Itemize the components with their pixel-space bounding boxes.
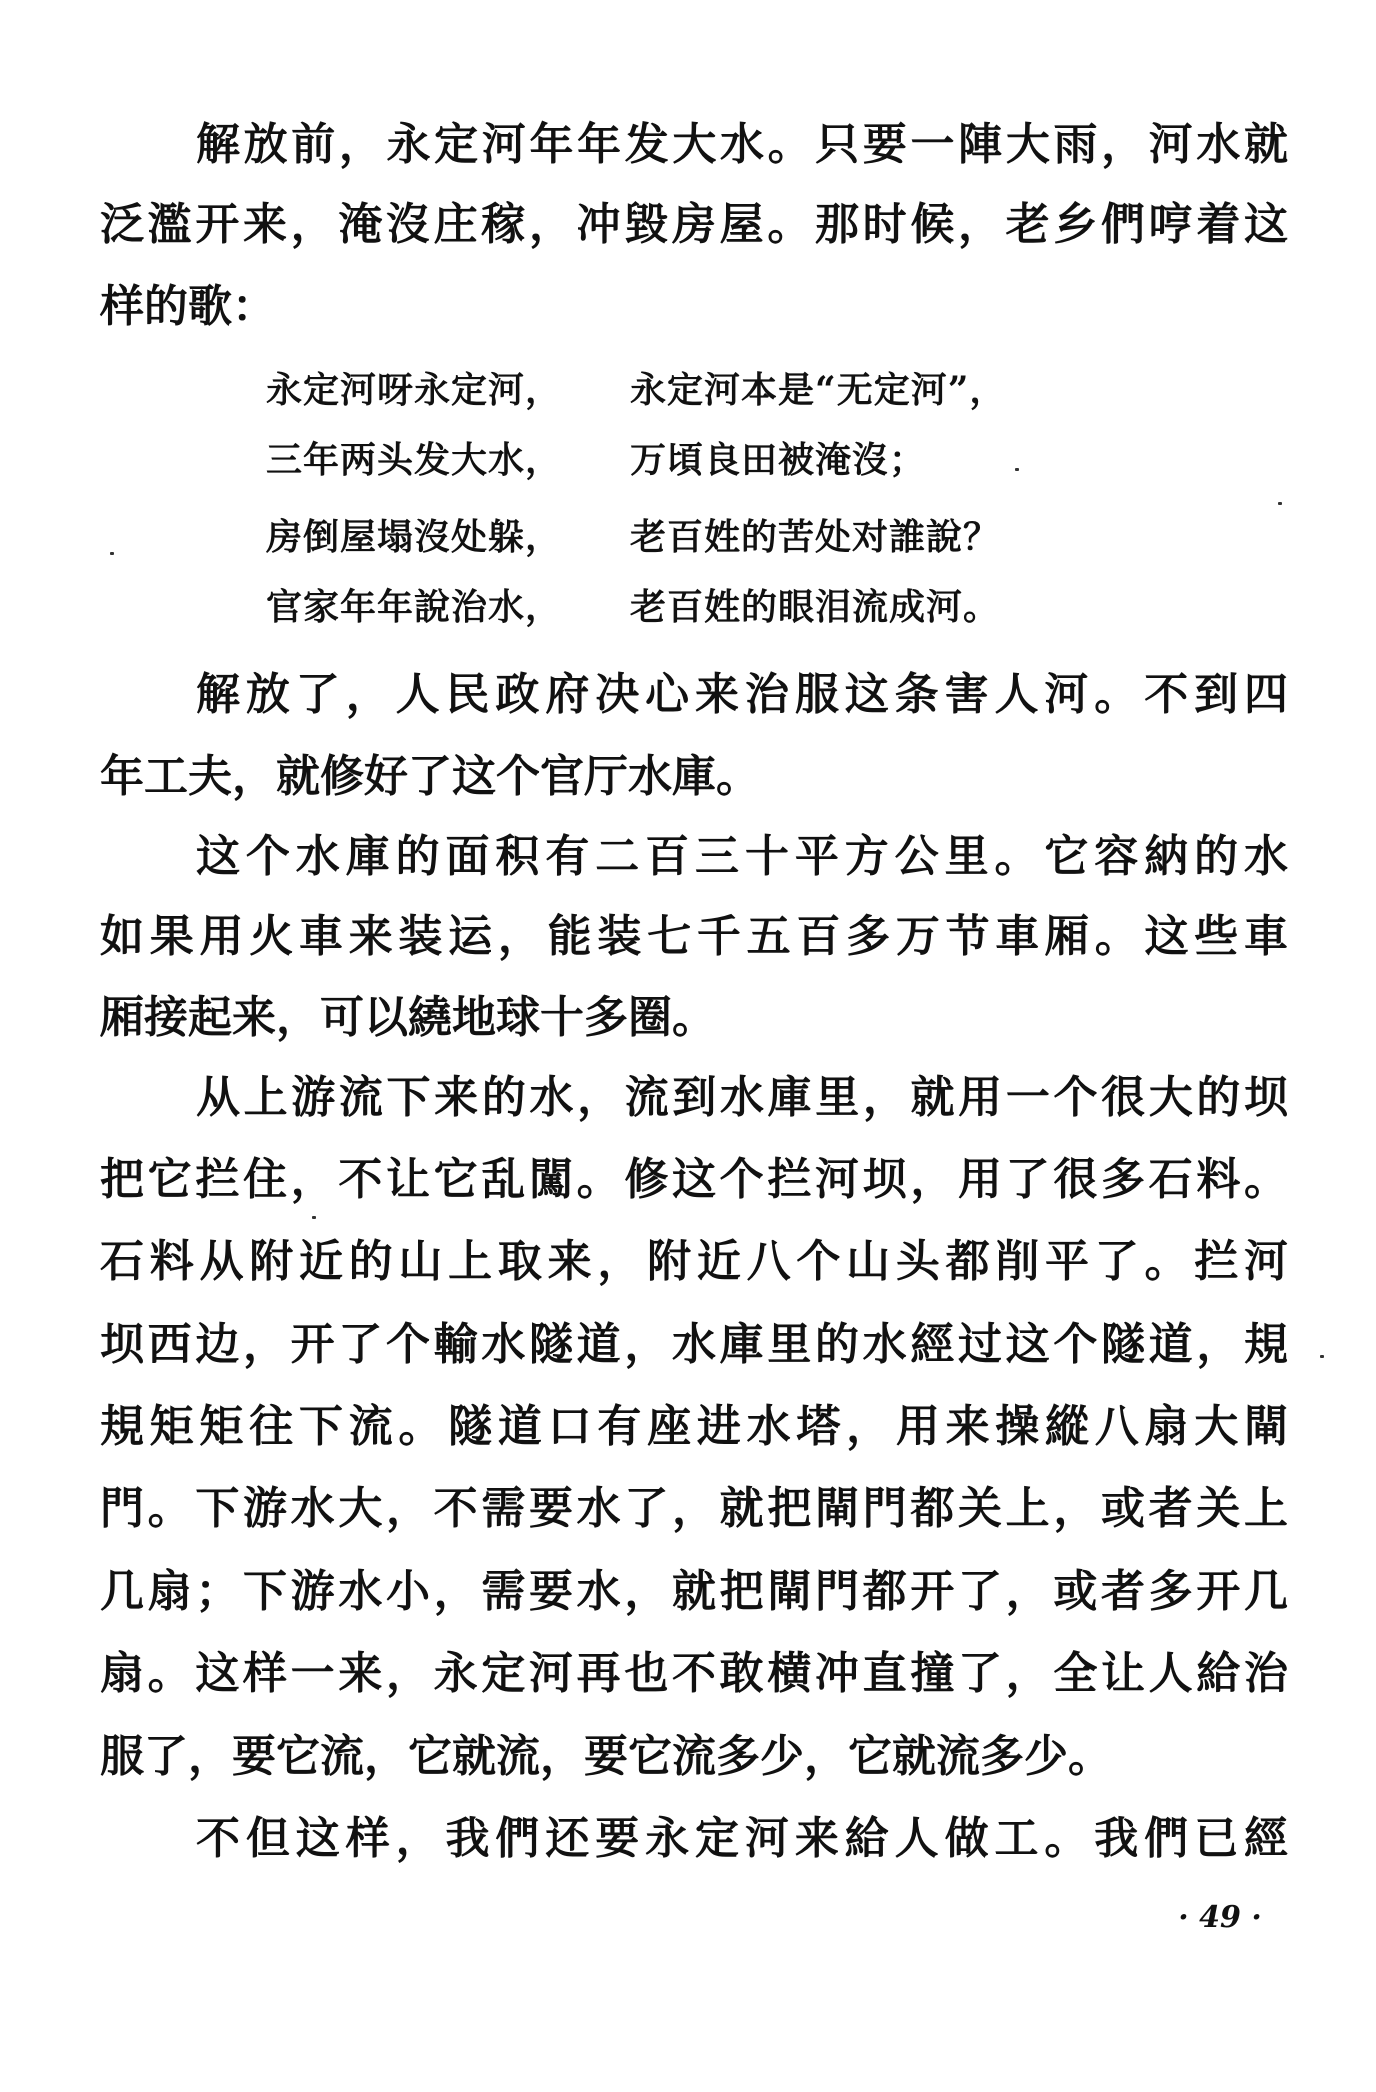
poem-line-left: 官家年年說治水， — [266, 584, 562, 630]
scan-speck — [1320, 1355, 1324, 1358]
text-line: 規矩矩往下流。隧道口有座进水塔，用来操縱八扇大閘 — [100, 1399, 1288, 1455]
text-line: 扇。这样一来，永定河再也不敢横冲直撞了，全让人給治 — [100, 1646, 1288, 1702]
poem-line-right: 万頃良田被淹沒； — [630, 437, 926, 483]
text-line: 坝西边，开了个輸水隧道，水庫里的水經过这个隧道，規 — [100, 1317, 1288, 1373]
poem-line-right: 老百姓的苦处对誰說？ — [630, 514, 1000, 560]
text-line: 样的歌： — [100, 279, 1288, 335]
poem-line-right: 老百姓的眼泪流成河。 — [630, 584, 1000, 630]
poem-line-left: 永定河呀永定河， — [266, 367, 562, 413]
text-line: 年工夫，就修好了这个官厅水庫。 — [100, 749, 1288, 805]
text-line: 从上游流下来的水，流到水庫里，就用一个很大的坝 — [196, 1070, 1288, 1126]
text-line: 几扇；下游水小，需要水，就把閘門都开了，或者多开几 — [100, 1564, 1288, 1620]
text-line: 石料从附近的山上取来，附近八个山头都削平了。拦河 — [100, 1234, 1288, 1290]
poem-line-right: 永定河本是“无定河”， — [630, 367, 1006, 413]
book-page: 解放前，永定河年年发大水。只要一陣大雨，河水就 泛濫开来，淹沒庄稼，冲毀房屋。那… — [0, 0, 1376, 2092]
text-line: 解放前，永定河年年发大水。只要一陣大雨，河水就 — [196, 117, 1288, 173]
text-line: 門。下游水大，不需要水了，就把閘門都关上，或者关上 — [100, 1481, 1288, 1537]
text-line: 泛濫开来，淹沒庄稼，冲毀房屋。那时候，老乡們哼着这 — [100, 197, 1288, 253]
text-line: 这个水庫的面积有二百三十平方公里。它容納的水 — [196, 829, 1288, 885]
text-line: 如果用火車来装运，能装七千五百多万节車厢。这些車 — [100, 909, 1288, 965]
scan-speck — [312, 1216, 316, 1219]
scan-speck — [110, 552, 114, 555]
text-line: 服了，要它流，它就流，要它流多少，它就流多少。 — [100, 1729, 1288, 1785]
page-number: · 49 · — [1150, 1898, 1290, 1938]
poem-line-left: 房倒屋塌沒处躲， — [266, 514, 562, 560]
text-line: 解放了，人民政府决心来治服这条害人河。不到四 — [196, 667, 1288, 723]
text-line: 把它拦住，不让它乱闖。修这个拦河坝，用了很多石料。 — [100, 1152, 1288, 1208]
poem-line-left: 三年两头发大水， — [266, 437, 562, 483]
text-line: 不但这样，我們还要永定河来給人做工。我們已經 — [196, 1811, 1288, 1867]
scan-speck — [1015, 468, 1019, 471]
text-line: 厢接起来，可以繞地球十多圈。 — [100, 990, 1288, 1046]
scan-speck — [1278, 502, 1282, 505]
